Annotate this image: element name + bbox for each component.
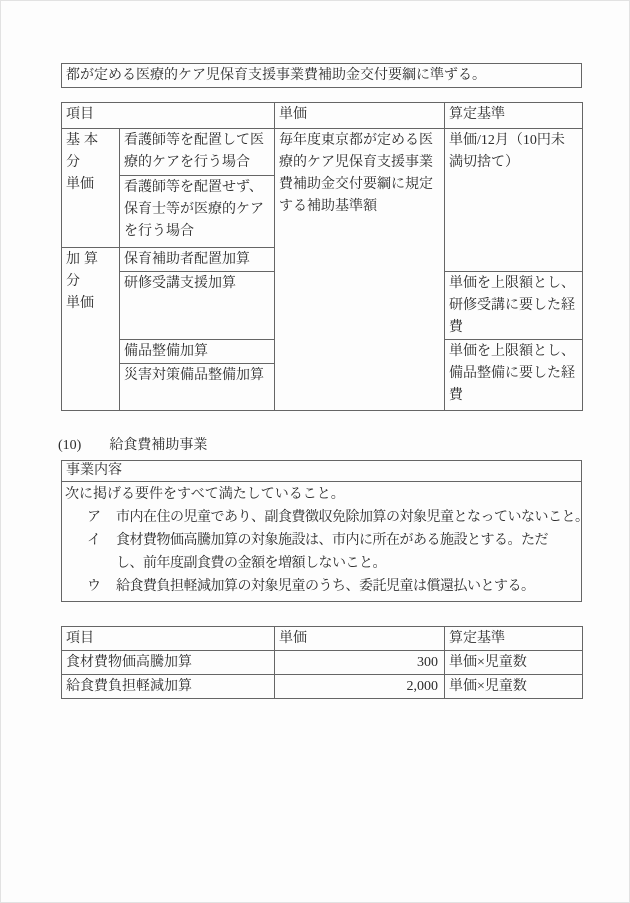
document-page: 都が定める医療的ケア児保育支援事業費補助金交付要綱に準ずる。 項目 単価 算定基… [61,63,582,699]
cell-price: 300 [275,651,445,675]
table-row: 給食費負担軽減加算 2,000 単価×児童数 [62,675,583,699]
header-unit-price: 単価 [275,103,445,129]
cell-item: 備品整備加算 [120,340,275,364]
header-basis: 算定基準 [445,103,583,129]
meal-subsidy-table: 項目 単価 算定基準 食材費物価高騰加算 300 単価×児童数 給食費負担軽減加… [61,626,583,699]
table-row: 食材費物価高騰加算 300 単価×児童数 [62,651,583,675]
header-item: 項目 [62,627,275,651]
cell-item: 保育補助者配置加算 [120,248,275,272]
section-heading: (10)給食費補助事業 [58,437,582,455]
business-description-box: 事業内容 次に掲げる要件をすべて満たしていること。 ア 市内在住の児童であり、副… [61,460,582,602]
cell-item: 看護師等を配置して医 療的ケアを行う場合 [120,129,275,176]
cell-basis: 単価×児童数 [445,651,583,675]
requirement-marker: ウ [87,575,101,598]
group-cell-basic: 基本分単価 [62,129,120,248]
cell-item: 看護師等を配置せず、 保育士等が医療的ケア を行う場合 [120,176,275,248]
group-cell-addition: 加算分単価 [62,248,120,411]
section-number: (10) [58,438,81,453]
cell-item: 食材費物価高騰加算 [62,651,275,675]
table-header-row: 項目 単価 算定基準 [62,103,583,129]
group-label-line2: 単価 [66,296,94,311]
requirement-item: ウ 給食費負担軽減加算の対象児童のうち、委託児童は償還払いとする。 [65,575,578,598]
header-unit-price: 単価 [275,627,445,651]
group-label-line1: 基本分 [66,133,102,170]
cell-basis-main: 単価/12月（10円未 満切捨て） [445,129,583,272]
header-basis: 算定基準 [445,627,583,651]
requirement-item: イ 食材費物価高騰加算の対象施設は、市内に所在がある施設とする。ただ し、前年度… [65,529,578,575]
header-item: 項目 [62,103,275,129]
business-box-body: 次に掲げる要件をすべて満たしていること。 ア 市内在住の児童であり、副食費徴収免… [62,482,581,601]
table-header-row: 項目 単価 算定基準 [62,627,583,651]
section-title: 給食費補助事業 [109,438,207,453]
requirement-marker: ア [87,506,101,529]
unit-price-table: 項目 単価 算定基準 基本分単価 看護師等を配置して医 療的ケアを行う場合 毎年… [61,102,583,411]
requirement-item: ア 市内在住の児童であり、副食費徴収免除加算の対象児童となっていないこと。 [65,506,578,529]
cell-item: 災害対策備品整備加算 [120,364,275,411]
requirement-marker: イ [87,529,101,575]
requirement-text: 市内在住の児童であり、副食費徴収免除加算の対象児童となっていないこと。 [116,506,582,529]
requirement-text: 食材費物価高騰加算の対象施設は、市内に所在がある施設とする。ただ し、前年度副食… [116,529,548,575]
note-box: 都が定める医療的ケア児保育支援事業費補助金交付要綱に準ずる。 [61,63,582,88]
cell-price: 2,000 [275,675,445,699]
table-row: 基本分単価 看護師等を配置して医 療的ケアを行う場合 毎年度東京都が定める医 療… [62,129,583,176]
cell-basis: 単価×児童数 [445,675,583,699]
cell-item: 研修受講支援加算 [120,272,275,340]
business-box-header: 事業内容 [62,461,581,482]
cell-item: 給食費負担軽減加算 [62,675,275,699]
requirement-text: 給食費負担軽減加算の対象児童のうち、委託児童は償還払いとする。 [116,575,535,598]
note-text: 都が定める医療的ケア児保育支援事業費補助金交付要綱に準ずる。 [66,68,486,83]
group-label-line1: 加算分 [66,252,102,289]
group-label-line2: 単価 [66,177,94,192]
cell-basis-training: 単価を上限額とし、 研修受講に要した経 費 [445,272,583,340]
cell-basis-equipment: 単価を上限額とし、 備品整備に要した経 費 [445,340,583,411]
requirements-intro: 次に掲げる要件をすべて満たしていること。 [65,483,578,506]
cell-unit-price: 毎年度東京都が定める医 療的ケア児保育支援事業 費補助金交付要綱に規定 する補助… [275,129,445,411]
